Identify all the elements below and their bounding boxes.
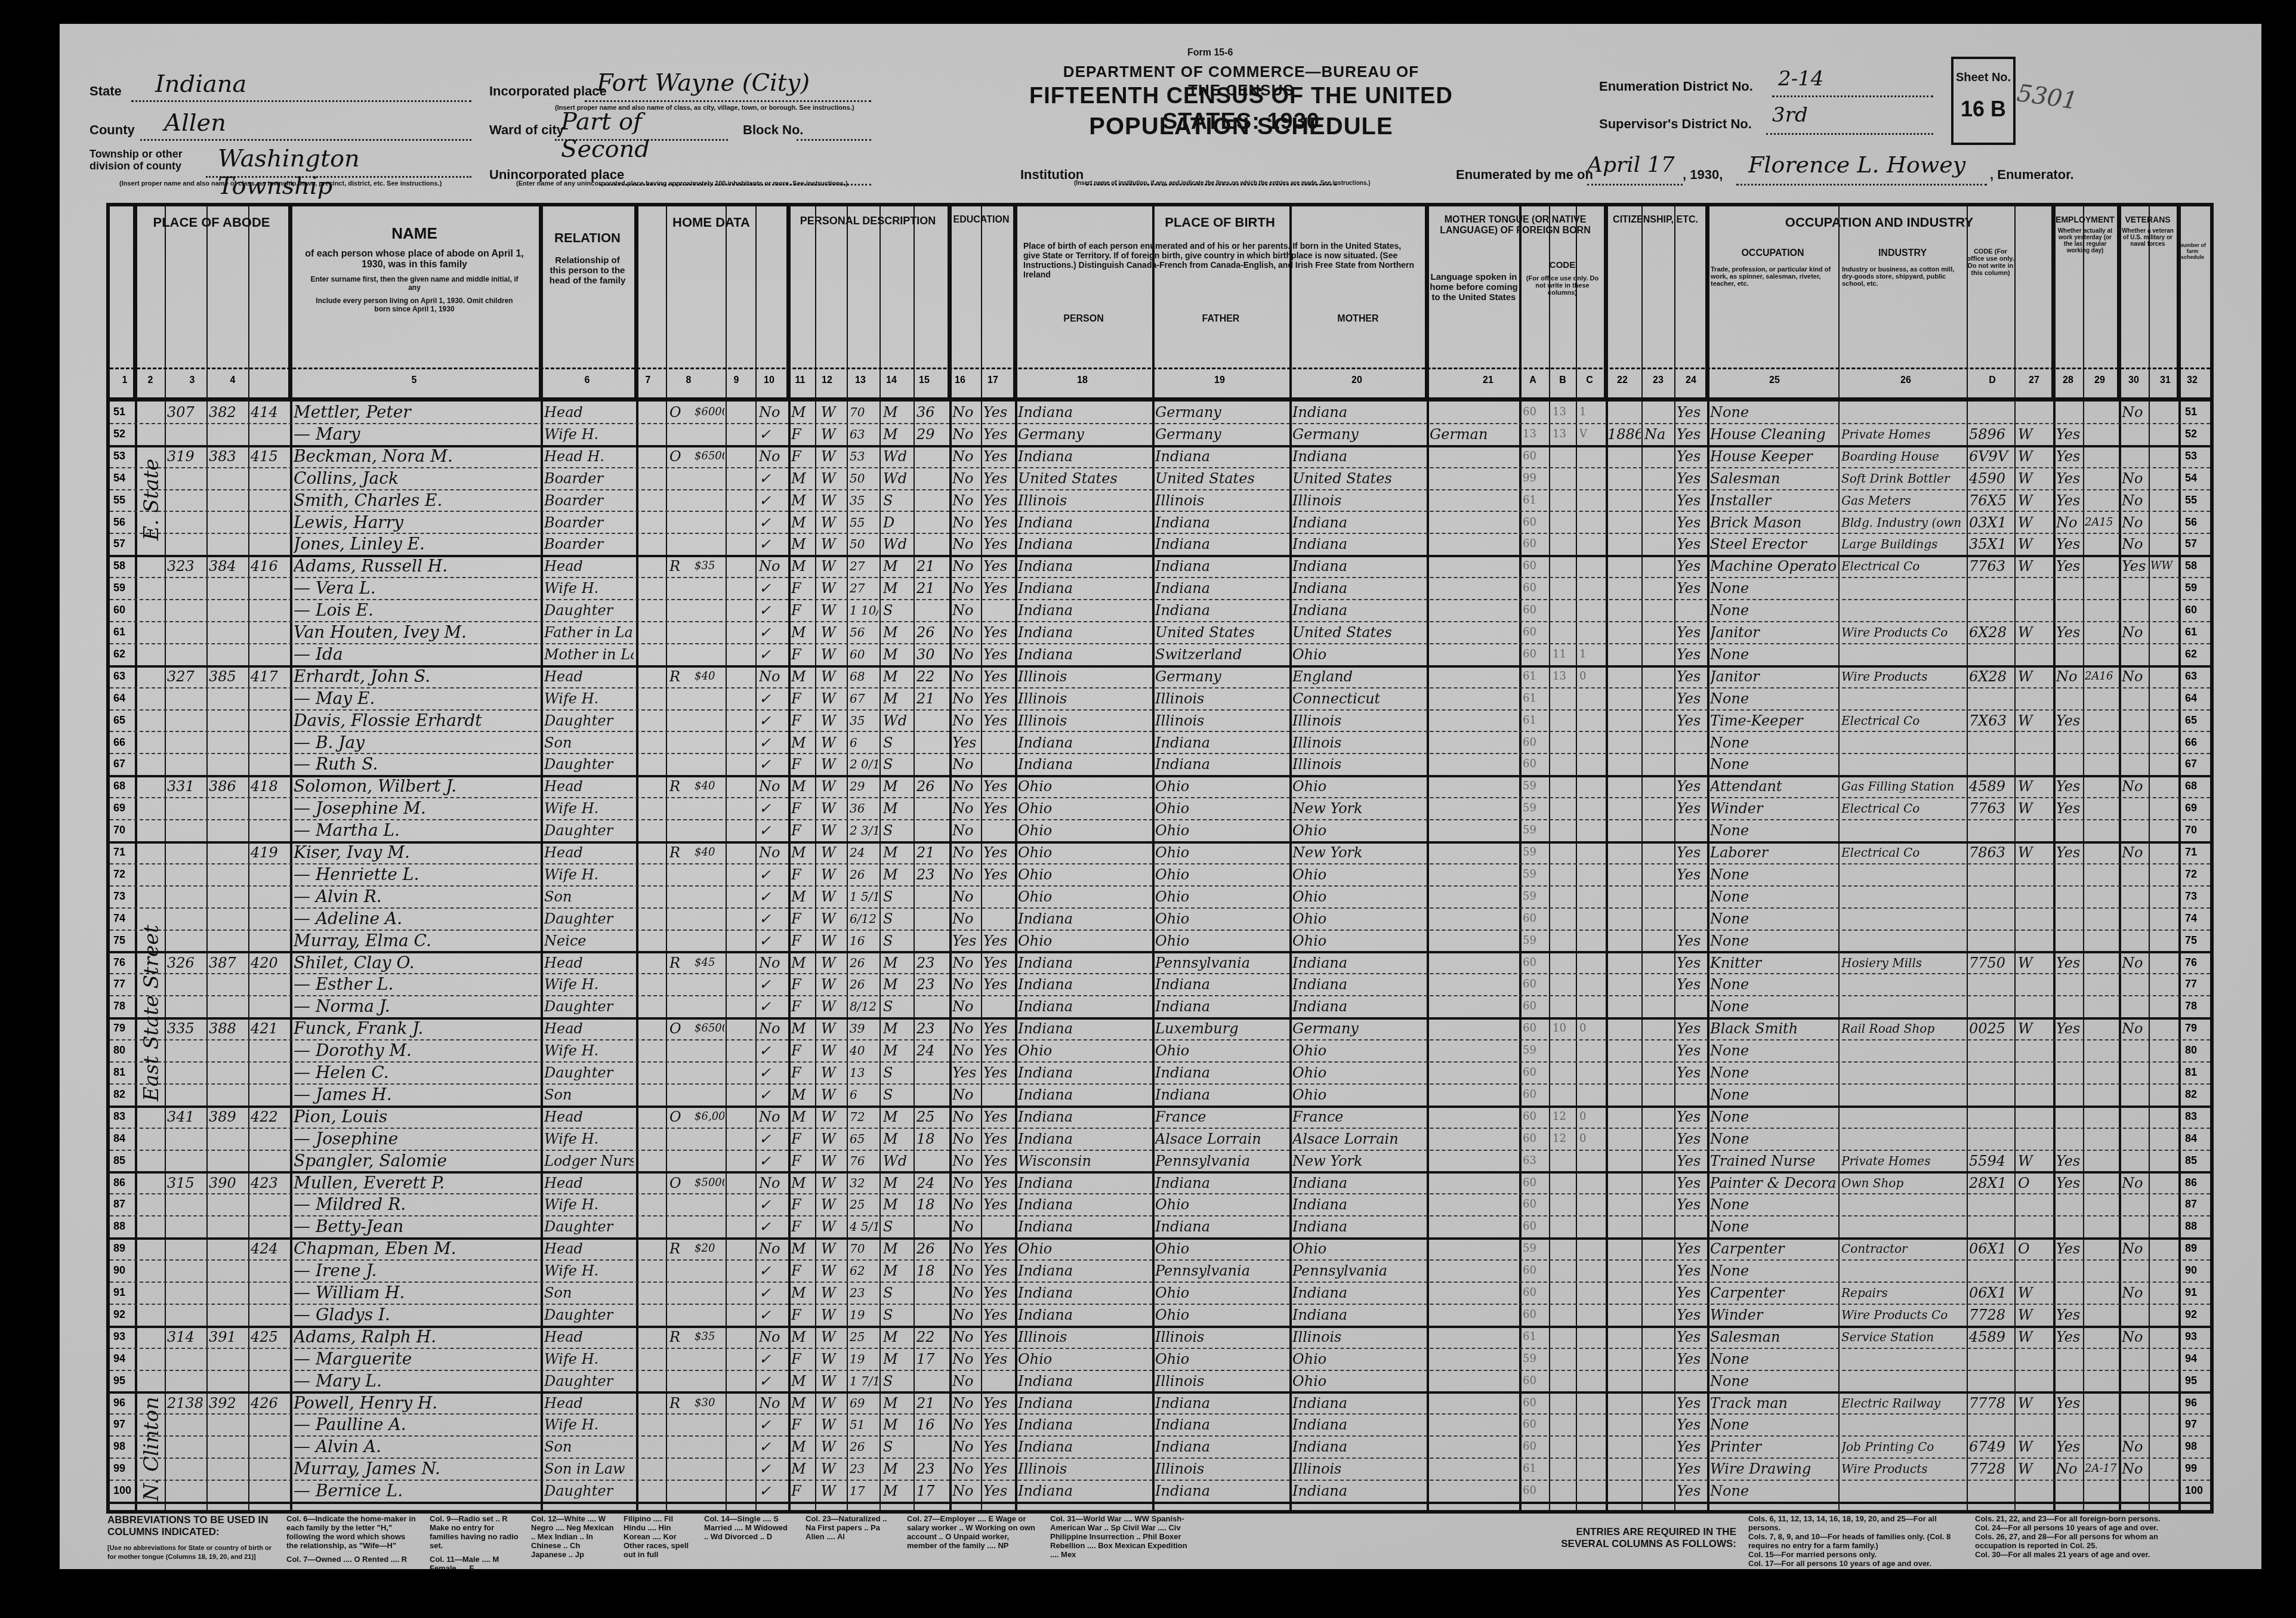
home-value [695, 1039, 724, 1061]
speaks-english [1677, 1215, 1706, 1237]
unemployment-line: 2A16 [2085, 665, 2118, 687]
township-label: Township or other division of county [90, 148, 203, 172]
code-c [1579, 863, 1604, 885]
occupation-code: 5896 [1969, 423, 2013, 445]
sex: F [791, 423, 814, 445]
at-work: Yes [2056, 952, 2082, 974]
school: No [952, 1370, 980, 1392]
home-value [695, 1458, 724, 1480]
naturalization [1644, 1193, 1673, 1215]
race: W [821, 445, 845, 467]
line-number-right: 78 [2185, 995, 2197, 1017]
dwelling-number [209, 467, 247, 489]
occupation: Janitor [1710, 665, 1837, 687]
home-tenure: O [669, 445, 693, 467]
marital-status: M [883, 1106, 912, 1128]
code-a: 59 [1523, 841, 1548, 863]
abbrev-title: ABBREVIATIONS TO BE USED IN COLUMNS INDI… [107, 1514, 274, 1538]
birthplace-father: Illinois [1155, 709, 1288, 731]
speaks-english: Yes [1677, 1128, 1706, 1150]
home-value [695, 1259, 724, 1282]
at-work [2056, 885, 2082, 907]
occupation: None [1710, 1480, 1837, 1502]
family-number: 425 [251, 1326, 289, 1348]
occupation-code [1969, 930, 2013, 952]
class-of-worker: W [2018, 423, 2051, 445]
street-annotation-n-clinton: N. Clinton [140, 1397, 163, 1501]
age-at-marriage: 16 [916, 1413, 946, 1435]
home-tenure [669, 533, 693, 555]
birthplace-person: Ohio [1018, 819, 1150, 841]
relation: Head [544, 1326, 634, 1348]
unemployment-line [2085, 467, 2118, 489]
class-of-worker: W [2018, 775, 2051, 797]
occupation-code: 7863 [1969, 841, 2013, 863]
immigration-year [1607, 1480, 1641, 1502]
person-name: Collins, Jack [294, 467, 538, 489]
marital-status: Wd [883, 533, 912, 555]
read-write: Yes [983, 1480, 1013, 1502]
age-at-marriage: 21 [916, 1392, 946, 1414]
code-a: 60 [1523, 1435, 1548, 1458]
occupation-code [1969, 753, 2013, 775]
unemployment-line [2085, 423, 2118, 445]
veteran [2122, 709, 2148, 731]
home-tenure [669, 731, 693, 754]
occupation: Carpenter [1710, 1237, 1837, 1259]
birthplace-father: United States [1155, 467, 1288, 489]
line-number: 97 [113, 1413, 125, 1435]
home-tenure [669, 1193, 693, 1215]
line-number-right: 76 [2185, 952, 2197, 974]
relation: Head [544, 555, 634, 577]
home-tenure [669, 863, 693, 885]
speaks-english: Yes [1677, 1480, 1706, 1502]
relation: Son [544, 1083, 634, 1106]
code-b [1553, 753, 1575, 775]
occupation: Salesman [1710, 1326, 1837, 1348]
birthplace-father: Illinois [1155, 489, 1288, 511]
occupation: None [1710, 973, 1837, 995]
house-number [167, 1413, 205, 1435]
relation: Head [544, 775, 634, 797]
mother-tongue [1430, 1172, 1518, 1194]
race: W [821, 1061, 845, 1083]
abbrev-col14: Col. 14—Single .... S Married .... M Wid… [704, 1514, 794, 1541]
naturalization [1644, 687, 1673, 709]
sex: M [791, 511, 814, 533]
farm: ✓ [759, 1150, 786, 1172]
class-of-worker: W [2018, 1304, 2051, 1326]
age-at-marriage [916, 995, 946, 1017]
occupation-code: 76X5 [1969, 489, 2013, 511]
unemployment-line [2085, 907, 2118, 930]
birthplace-father: Ohio [1155, 930, 1288, 952]
speaks-english [1677, 995, 1706, 1017]
read-write: Yes [983, 1039, 1013, 1061]
code-b [1553, 1480, 1575, 1502]
class-of-worker: W [2018, 952, 2051, 974]
code-b [1553, 709, 1575, 731]
school: No [952, 709, 980, 731]
race: W [821, 775, 845, 797]
code-b [1553, 1193, 1575, 1215]
table-row: 98 — Alvin A. Son ✓ M W 26 S No Yes Indi… [110, 1435, 2210, 1459]
occupation: Laborer [1710, 841, 1837, 863]
occupation-code [1969, 731, 2013, 754]
immigration-year [1607, 489, 1641, 511]
house-number: 315 [167, 1172, 205, 1194]
immigration-year [1607, 753, 1641, 775]
speaks-english: Yes [1677, 511, 1706, 533]
at-work [2056, 907, 2082, 930]
occupation-code: 7763 [1969, 797, 2013, 819]
code-a: 60 [1523, 753, 1548, 775]
immigration-year [1607, 511, 1641, 533]
school: No [952, 1458, 980, 1480]
naturalization [1644, 1215, 1673, 1237]
age: 26 [850, 1435, 878, 1458]
industry [1841, 401, 1965, 423]
age: 29 [850, 775, 878, 797]
code-b [1553, 1435, 1575, 1458]
line-number: 72 [113, 863, 125, 885]
home-tenure [669, 643, 693, 665]
farm: No [759, 445, 786, 467]
line-number-right: 68 [2185, 775, 2197, 797]
race: W [821, 555, 845, 577]
at-work [2056, 863, 2082, 885]
read-write [983, 995, 1013, 1017]
enumerated-year: , 1930, [1683, 167, 1723, 183]
table-row: 65 Davis, Flossie Erhardt Daughter ✓ F W… [110, 709, 2210, 733]
farm: No [759, 841, 786, 863]
unincorporated-note: (Enter name of any unincorporated place … [516, 180, 848, 187]
unemployment-line [2085, 401, 2118, 423]
industry: Gas Meters [1841, 489, 1965, 511]
mother-tongue [1430, 819, 1518, 841]
age: 25 [850, 1326, 878, 1348]
line-number: 57 [113, 533, 125, 555]
occupation-code [1969, 907, 2013, 930]
read-write [983, 731, 1013, 754]
class-of-worker: W [2018, 797, 2051, 819]
birthplace-person: Ohio [1018, 797, 1150, 819]
age-at-marriage [916, 753, 946, 775]
war [2150, 511, 2178, 533]
unemployment-line [2085, 533, 2118, 555]
birthplace-father: Indiana [1155, 511, 1288, 533]
at-work [2056, 401, 2082, 423]
age: 40 [850, 1039, 878, 1061]
line-number: 75 [113, 930, 125, 952]
veteran: Yes [2122, 555, 2148, 577]
speaks-english [1677, 1370, 1706, 1392]
at-work [2056, 1480, 2082, 1502]
marital-status: M [883, 952, 912, 974]
dwelling-number: 385 [209, 665, 247, 687]
marital-status: M [883, 973, 912, 995]
sex: F [791, 643, 814, 665]
naturalization [1644, 709, 1673, 731]
farm: ✓ [759, 797, 786, 819]
age-at-marriage: 18 [916, 1193, 946, 1215]
war [2150, 1128, 2178, 1150]
class-of-worker: O [2018, 1237, 2051, 1259]
at-work [2056, 1061, 2082, 1083]
immigration-year [1607, 533, 1641, 555]
occupation: Salesman [1710, 467, 1837, 489]
read-write: Yes [983, 1458, 1013, 1480]
birthplace-person: Indiana [1018, 1017, 1150, 1039]
farm: ✓ [759, 1215, 786, 1237]
birthplace-father: Germany [1155, 423, 1288, 445]
code-c [1579, 1215, 1604, 1237]
mother-tongue [1430, 753, 1518, 775]
age: 63 [850, 423, 878, 445]
occupation-code [1969, 401, 2013, 423]
home-tenure [669, 995, 693, 1017]
table-row: 80 — Dorothy M. Wife H. ✓ F W 40 M 24 No… [110, 1039, 2210, 1063]
home-tenure: R [669, 1326, 693, 1348]
marital-status: S [883, 930, 912, 952]
code-a: 99 [1523, 467, 1548, 489]
birthplace-person: Indiana [1018, 973, 1150, 995]
birthplace-mother: Indiana [1292, 1392, 1425, 1414]
race: W [821, 1392, 845, 1414]
birthplace-person: Germany [1018, 423, 1150, 445]
occupation: Attendant [1710, 775, 1837, 797]
read-write: Yes [983, 1237, 1013, 1259]
dwelling-number [209, 1458, 247, 1480]
school: No [952, 1282, 980, 1304]
enumerator-label: , Enumerator. [1990, 167, 2074, 183]
occupation-code [1969, 1348, 2013, 1370]
unemployment-line [2085, 599, 2118, 621]
line-number: 78 [113, 995, 125, 1017]
code-b [1553, 973, 1575, 995]
home-tenure: O [669, 1172, 693, 1194]
house-number [167, 907, 205, 930]
birthplace-mother: New York [1292, 797, 1425, 819]
house-number [167, 1348, 205, 1370]
veteran: No [2122, 1237, 2148, 1259]
family-number [251, 995, 289, 1017]
birthplace-person: United States [1018, 467, 1150, 489]
mother-tongue [1430, 1348, 1518, 1370]
dwelling-number [209, 1259, 247, 1282]
line-number: 82 [113, 1083, 125, 1106]
war [2150, 1215, 2178, 1237]
abbrev-col31: Col. 31—World War .... WW Spanish-Americ… [1050, 1514, 1193, 1559]
immigration-year [1607, 1413, 1641, 1435]
read-write [983, 885, 1013, 907]
veteran: No [2122, 489, 2148, 511]
race: W [821, 1413, 845, 1435]
occupation: None [1710, 863, 1837, 885]
at-work: Yes [2056, 445, 2082, 467]
person-name: Van Houten, Ivey M. [294, 621, 538, 643]
house-number: 335 [167, 1017, 205, 1039]
dwelling-number [209, 687, 247, 709]
farm: No [759, 1237, 786, 1259]
farm: No [759, 665, 786, 687]
age: 26 [850, 973, 878, 995]
occupation: House Keeper [1710, 445, 1837, 467]
birthplace-person: Ohio [1018, 885, 1150, 907]
code-a: 60 [1523, 621, 1548, 643]
table-row: 59 — Vera L. Wife H. ✓ F W 27 M 21 No Ye… [110, 577, 2210, 600]
line-number: 60 [113, 599, 125, 621]
relation: Wife H. [544, 687, 634, 709]
speaks-english: Yes [1677, 952, 1706, 974]
war [2150, 1348, 2178, 1370]
code-c [1579, 489, 1604, 511]
table-row: 78 — Norma J. Daughter ✓ F W 8/12 S No I… [110, 995, 2210, 1020]
code-c: 0 [1579, 1128, 1604, 1150]
school: No [952, 577, 980, 599]
read-write: Yes [983, 952, 1013, 974]
class-of-worker: W [2018, 555, 2051, 577]
read-write: Yes [983, 709, 1013, 731]
sex: M [791, 1370, 814, 1392]
immigration-year [1607, 1435, 1641, 1458]
person-name: Murray, Elma C. [294, 930, 538, 952]
sex: F [791, 1193, 814, 1215]
marital-status: Wd [883, 709, 912, 731]
occupation: None [1710, 1348, 1837, 1370]
sex: M [791, 885, 814, 907]
code-b [1553, 1282, 1575, 1304]
code-c [1579, 731, 1604, 754]
unemployment-line [2085, 995, 2118, 1017]
relation: Wife H. [544, 973, 634, 995]
farm: ✓ [759, 1480, 786, 1502]
at-work [2056, 1370, 2082, 1392]
farm: ✓ [759, 1435, 786, 1458]
relation: Boarder [544, 511, 634, 533]
school: No [952, 643, 980, 665]
birthplace-mother: England [1292, 665, 1425, 687]
code-a: 60 [1523, 599, 1548, 621]
veteran [2122, 1039, 2148, 1061]
age: 55 [850, 511, 878, 533]
code-a: 60 [1523, 1017, 1548, 1039]
family-number [251, 819, 289, 841]
occupation-code [1969, 885, 2013, 907]
farm: ✓ [759, 687, 786, 709]
home-tenure [669, 1061, 693, 1083]
farm: No [759, 401, 786, 423]
person-name: — Ruth S. [294, 753, 538, 775]
birthplace-mother: Germany [1292, 423, 1425, 445]
line-number-right: 51 [2185, 401, 2197, 423]
birthplace-mother: Indiana [1292, 1413, 1425, 1435]
race: W [821, 1215, 845, 1237]
immigration-year [1607, 1348, 1641, 1370]
speaks-english [1677, 753, 1706, 775]
column-number-row: 1 2 3 4 5 6 7 8 9 10 11 12 13 14 15 16 1 [110, 368, 2210, 399]
relation: Wife H. [544, 1348, 634, 1370]
naturalization [1644, 907, 1673, 930]
sex: F [791, 907, 814, 930]
speaks-english: Yes [1677, 1172, 1706, 1194]
school: No [952, 555, 980, 577]
house-number [167, 687, 205, 709]
mother-tongue [1430, 775, 1518, 797]
code-c [1579, 1282, 1604, 1304]
home-value [695, 709, 724, 731]
naturalization [1644, 819, 1673, 841]
marital-status: M [883, 1458, 912, 1480]
sex: F [791, 797, 814, 819]
war [2150, 445, 2178, 467]
birthplace-person: Indiana [1018, 753, 1150, 775]
house-number [167, 797, 205, 819]
sex: M [791, 401, 814, 423]
home-tenure [669, 1348, 693, 1370]
age: 2 3/12 [850, 819, 878, 841]
naturalization [1644, 885, 1673, 907]
naturalization [1644, 1106, 1673, 1128]
at-work [2056, 930, 2082, 952]
birthplace-mother: Indiana [1292, 1215, 1425, 1237]
occupation: Janitor [1710, 621, 1837, 643]
farm: ✓ [759, 643, 786, 665]
race: W [821, 930, 845, 952]
occupation: Painter & Decorator [1710, 1172, 1837, 1194]
mother-tongue [1430, 952, 1518, 974]
war [2150, 599, 2178, 621]
occupation: None [1710, 401, 1837, 423]
read-write: Yes [983, 863, 1013, 885]
age-at-marriage: 22 [916, 665, 946, 687]
code-c [1579, 621, 1604, 643]
at-work [2056, 1083, 2082, 1106]
war [2150, 1326, 2178, 1348]
age: 35 [850, 489, 878, 511]
speaks-english: Yes [1677, 577, 1706, 599]
mother-tongue [1430, 489, 1518, 511]
at-work [2056, 819, 2082, 841]
industry [1841, 930, 1965, 952]
farm: ✓ [759, 621, 786, 643]
naturalization: Na [1644, 423, 1673, 445]
dwelling-number [209, 1282, 247, 1304]
person-name: — Henriette L. [294, 863, 538, 885]
code-a: 59 [1523, 863, 1548, 885]
line-number: 71 [113, 841, 125, 863]
person-name: — Ida [294, 643, 538, 665]
table-row: 73 — Alvin R. Son ✓ M W 1 5/12 S No Ohio… [110, 885, 2210, 909]
speaks-english [1677, 599, 1706, 621]
birthplace-father: Pennsylvania [1155, 952, 1288, 974]
industry: Wire Products Co [1841, 621, 1965, 643]
dwelling-number [209, 511, 247, 533]
at-work [2056, 1193, 2082, 1215]
veteran [2122, 1061, 2148, 1083]
street-annotation-e-state: E. State [140, 459, 163, 541]
farm: ✓ [759, 1083, 786, 1106]
at-work [2056, 1215, 2082, 1237]
mother-tongue [1430, 1259, 1518, 1282]
person-name: — Alvin A. [294, 1435, 538, 1458]
home-value: $40 [695, 665, 724, 687]
immigration-year [1607, 1392, 1641, 1414]
birthplace-father: Indiana [1155, 1061, 1288, 1083]
family-number [251, 1370, 289, 1392]
speaks-english: Yes [1677, 489, 1706, 511]
